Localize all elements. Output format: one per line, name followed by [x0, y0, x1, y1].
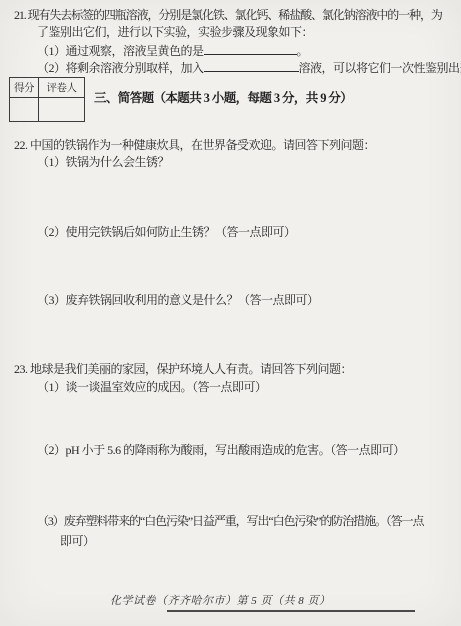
q21-sub2-text: （2）将剩余溶液分别取样，加入 [37, 61, 204, 75]
grader-label: 评卷人 [39, 78, 84, 98]
page-footer: 化学试卷（齐齐哈尔市）第 5 页（共 8 页） [110, 592, 331, 608]
score-box: 得分 评卷人 [9, 77, 85, 122]
grader-cell-empty [39, 98, 84, 121]
q21-sub1: （1）通过观察，溶液呈黄色的是。 [37, 43, 308, 58]
q21-stem-line2: 了鉴别出它们，进行以下实验，实验步骤及现象如下： [37, 26, 313, 39]
q22-sub1: （1）铁锅为什么会生锈？ [37, 156, 169, 169]
q21-sub2: （2）将剩余溶液分别取样，加入溶液，可以将它们一次性鉴别出来。 [37, 60, 461, 75]
exam-paper-page: 21. 现有失去标签的四瓶溶液，分别是氯化铁、氯化钙、稀盐酸、氯化钠溶液中的一种… [0, 0, 461, 626]
q21-answer-blank-2 [204, 60, 299, 72]
score-label: 得分 [10, 78, 39, 98]
q22-sub3: （3）废弃铁锅回收利用的意义是什么？（答一点即可） [37, 294, 319, 307]
q21-sub1-text: （1）通过观察，溶液呈黄色的是 [37, 44, 204, 58]
q21-sub1-period: 。 [297, 44, 309, 58]
q23-sub3-line1: （3）废弃塑料带来的“白色污染”日益严重，写出“白色污染”的防治措施。（答一点 [37, 515, 423, 528]
q23-sub3-line2: 即可） [60, 535, 95, 548]
section-3-title: 三、简答题（本题共 3 小题，每题 3 分，共 9 分） [94, 88, 352, 106]
footer-rule [167, 610, 415, 612]
q23-sub1: （1）谈一谈温室效应的成因。（答一点即可） [37, 381, 267, 394]
q22-sub2: （2）使用完铁锅后如何防止生锈？（答一点即可） [37, 226, 296, 239]
q21-sub2-tail: 溶液，可以将它们一次性鉴别出来。 [299, 61, 461, 75]
q22-stem: 22. 中国的铁锅作为一种健康炊具，在世界备受欢迎。请回答下列问题： [14, 139, 375, 152]
q21-answer-blank-1 [204, 43, 297, 55]
q23-sub2: （2）pH 小于 5.6 的降雨称为酸雨，写出酸雨造成的危害。（答一点即可） [37, 444, 405, 457]
q23-stem: 23. 地球是我们美丽的家园，保护环境人人有责。请回答下列问题： [14, 363, 352, 376]
score-cell-empty [10, 98, 39, 121]
q21-stem-line1: 21. 现有失去标签的四瓶溶液，分别是氯化铁、氯化钙、稀盐酸、氯化钠溶液中的一种… [14, 9, 442, 22]
